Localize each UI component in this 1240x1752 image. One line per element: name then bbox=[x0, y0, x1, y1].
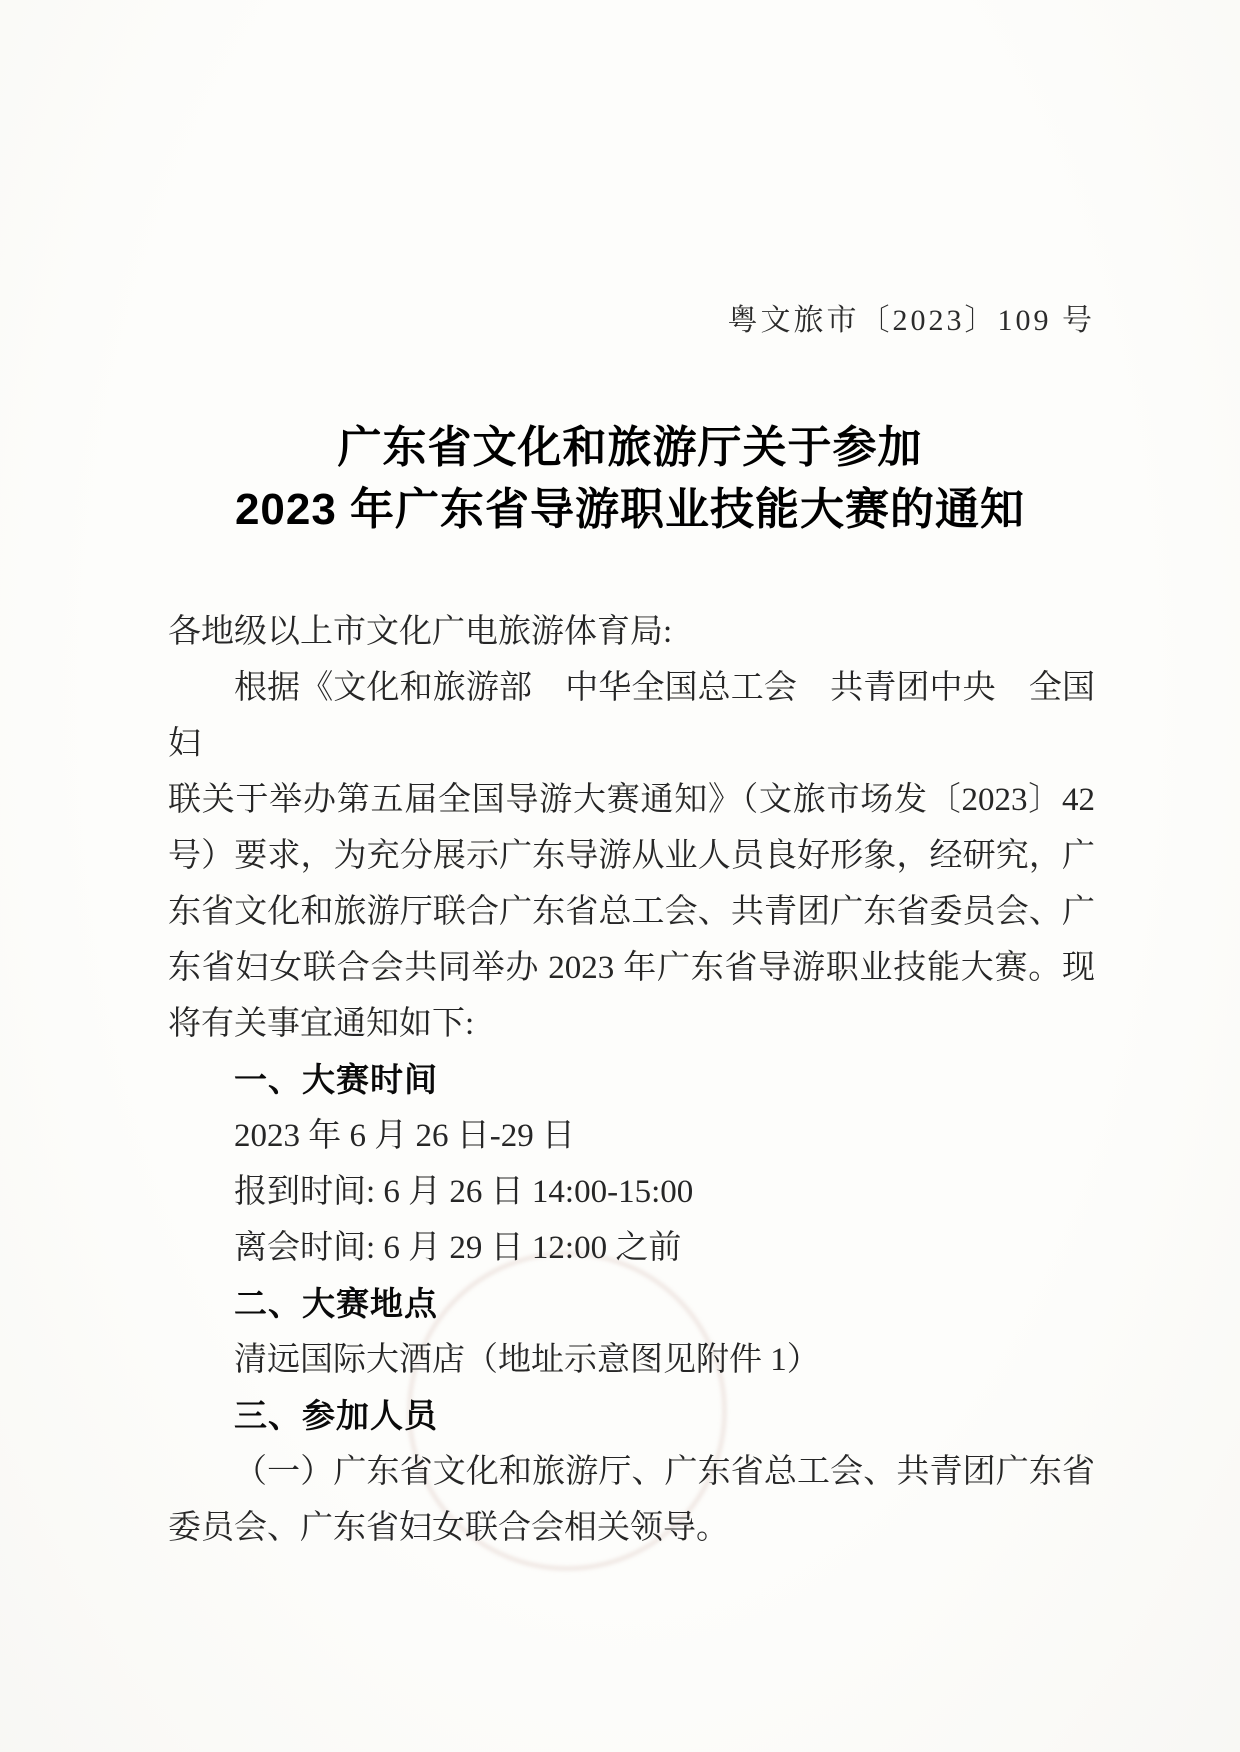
body-line: 离会时间: 6 月 29 日 12:00 之前 bbox=[168, 1220, 1095, 1276]
salutation-line: 各地级以上市文化广电旅游体育局: bbox=[168, 604, 1095, 660]
notice-title-line-1: 广东省文化和旅游厅关于参加 bbox=[120, 417, 1140, 479]
section-heading-2: 二、大赛地点 bbox=[168, 1276, 1095, 1332]
body-line: 号）要求，为充分展示广东导游从业人员良好形象，经研究，广 bbox=[168, 828, 1095, 884]
body-line: 委员会、广东省妇女联合会相关领导。 bbox=[168, 1500, 1095, 1556]
doc-number: 粤文旅市〔2023〕109 号 bbox=[168, 302, 1095, 340]
notice-title: 广东省文化和旅游厅关于参加 2023 年广东省导游职业技能大赛的通知 bbox=[120, 417, 1140, 541]
notice-title-line-2: 2023 年广东省导游职业技能大赛的通知 bbox=[120, 479, 1140, 541]
body-line: 2023 年 6 月 26 日-29 日 bbox=[168, 1108, 1095, 1164]
body-line: 清远国际大酒店（地址示意图见附件 1） bbox=[168, 1332, 1095, 1388]
section-heading-1: 一、大赛时间 bbox=[168, 1052, 1095, 1108]
body-line: 将有关事宜通知如下: bbox=[168, 996, 1095, 1052]
document-body: 各地级以上市文化广电旅游体育局: 根据《文化和旅游部 中华全国总工会 共青团中央… bbox=[168, 604, 1095, 1556]
document-page: 粤文旅市〔2023〕109 号 广东省文化和旅游厅关于参加 2023 年广东省导… bbox=[0, 0, 1240, 1752]
body-line: 东省妇女联合会共同举办 2023 年广东省导游职业技能大赛。现 bbox=[168, 940, 1095, 996]
body-line: 联关于举办第五届全国导游大赛通知》（文旅市场发〔2023〕42 bbox=[168, 772, 1095, 828]
body-line: （一）广东省文化和旅游厅、广东省总工会、共青团广东省 bbox=[168, 1444, 1095, 1500]
body-line: 根据《文化和旅游部 中华全国总工会 共青团中央 全国妇 bbox=[168, 660, 1095, 772]
section-heading-3: 三、参加人员 bbox=[168, 1388, 1095, 1444]
body-line: 东省文化和旅游厅联合广东省总工会、共青团广东省委员会、广 bbox=[168, 884, 1095, 940]
body-line: 报到时间: 6 月 26 日 14:00-15:00 bbox=[168, 1164, 1095, 1220]
